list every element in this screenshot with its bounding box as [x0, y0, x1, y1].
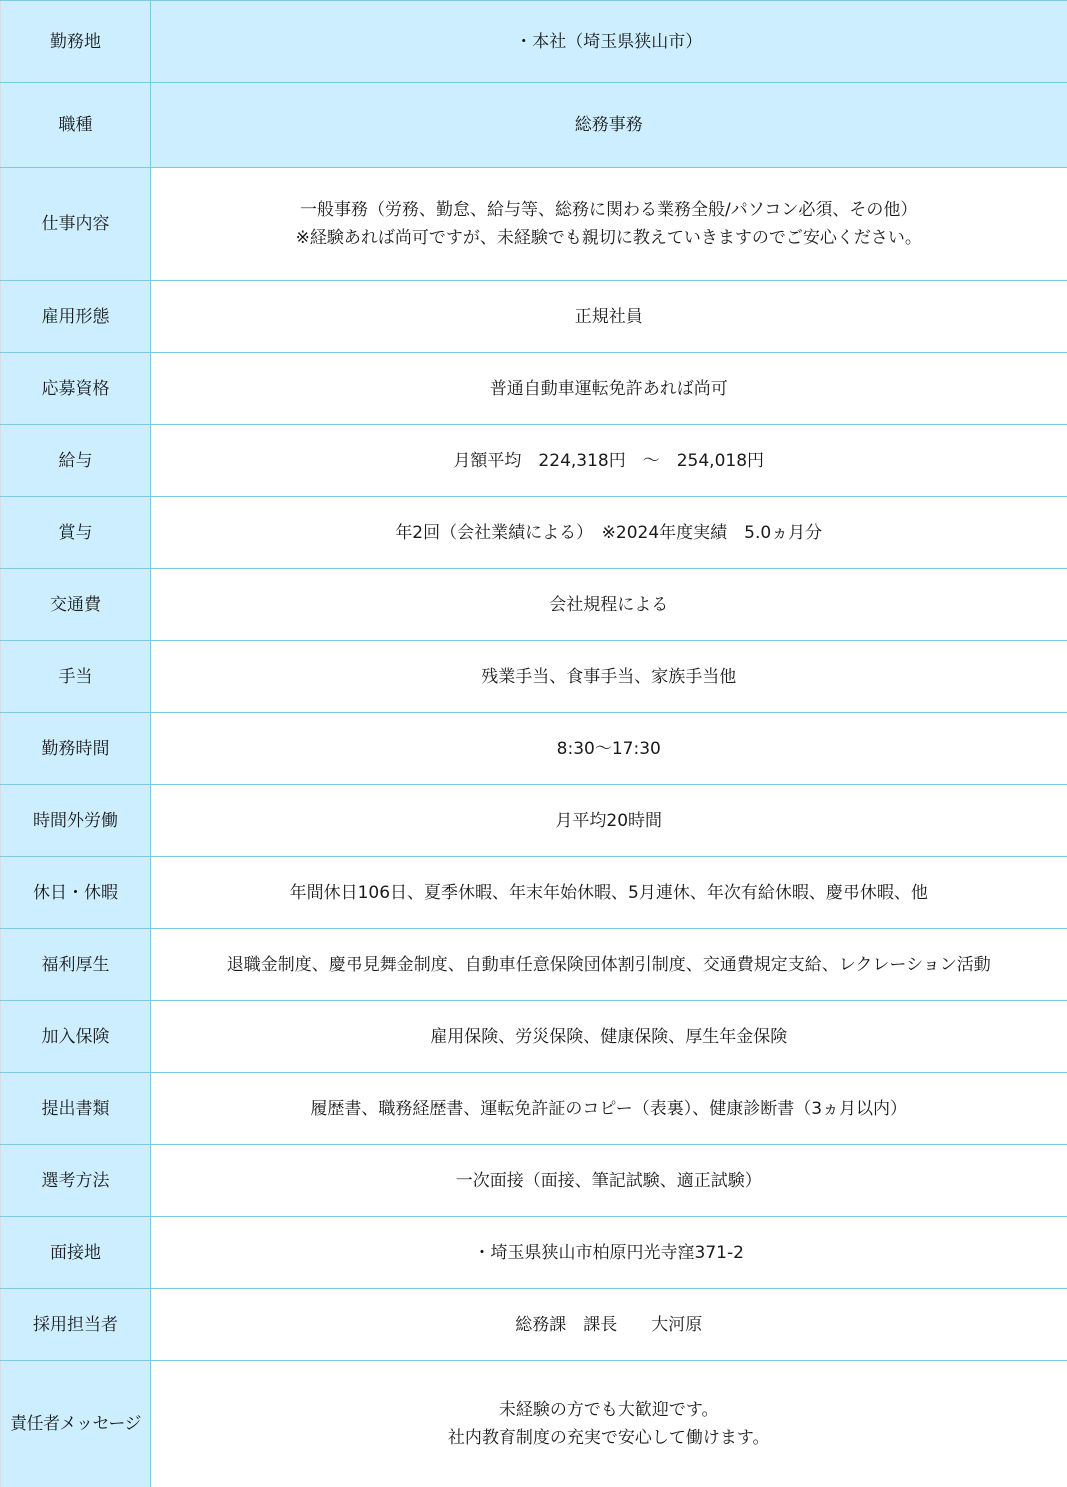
row-label: 面接地: [1, 1217, 151, 1289]
row-label: 時間外労働: [1, 785, 151, 857]
value-line: 会社規程による: [151, 591, 1067, 619]
row-value: 月額平均 224,318円 ～ 254,018円: [151, 425, 1067, 497]
value-line: 年2回（会社業績による） ※2024年度実績 5.0ヵ月分: [151, 519, 1067, 547]
table-row: 雇用形態正規社員: [1, 281, 1067, 353]
row-label: 選考方法: [1, 1145, 151, 1217]
table-row: 福利厚生退職金制度、慶弔見舞金制度、自動車任意保険団体割引制度、交通費規定支給、…: [1, 929, 1067, 1001]
row-value: 退職金制度、慶弔見舞金制度、自動車任意保険団体割引制度、交通費規定支給、レクレー…: [151, 929, 1067, 1001]
table-row: 面接地・埼玉県狭山市柏原円光寺窪371-2: [1, 1217, 1067, 1289]
row-value: 一般事務（労務、勤怠、給与等、総務に関わる業務全般/パソコン必須、その他）※経験…: [151, 168, 1067, 281]
row-label: 採用担当者: [1, 1289, 151, 1361]
table-row: 提出書類履歴書、職務経歴書、運転免許証のコピー（表裏）、健康診断書（3ヵ月以内）: [1, 1073, 1067, 1145]
row-value: 年間休日106日、夏季休暇、年末年始休暇、5月連休、年次有給休暇、慶弔休暇、他: [151, 857, 1067, 929]
value-line: 普通自動車運転免許あれば尚可: [151, 375, 1067, 403]
value-line: 正規社員: [151, 303, 1067, 331]
value-line: 一次面接（面接、筆記試験、適正試験）: [151, 1167, 1067, 1195]
row-label: 休日・休暇: [1, 857, 151, 929]
row-label: 加入保険: [1, 1001, 151, 1073]
value-line: 履歴書、職務経歴書、運転免許証のコピー（表裏）、健康診断書（3ヵ月以内）: [151, 1095, 1067, 1123]
row-value: 総務事務: [151, 83, 1067, 168]
row-label: 責任者メッセージ: [1, 1361, 151, 1487]
row-value: ・本社（埼玉県狭山市）: [151, 1, 1067, 83]
row-label: 提出書類: [1, 1073, 151, 1145]
value-line: ・本社（埼玉県狭山市）: [151, 28, 1067, 56]
row-label: 福利厚生: [1, 929, 151, 1001]
row-label: 雇用形態: [1, 281, 151, 353]
row-value: 残業手当、食事手当、家族手当他: [151, 641, 1067, 713]
row-label: 応募資格: [1, 353, 151, 425]
table-row: 勤務地・本社（埼玉県狭山市）: [1, 1, 1067, 83]
value-line: 8:30～17:30: [151, 735, 1067, 763]
row-label: 交通費: [1, 569, 151, 641]
row-value: 会社規程による: [151, 569, 1067, 641]
row-label: 勤務時間: [1, 713, 151, 785]
row-value: 月平均20時間: [151, 785, 1067, 857]
table-row: 勤務時間8:30～17:30: [1, 713, 1067, 785]
row-value: 雇用保険、労災保険、健康保険、厚生年金保険: [151, 1001, 1067, 1073]
table-row: 採用担当者総務課 課長 大河原: [1, 1289, 1067, 1361]
value-line: 月額平均 224,318円 ～ 254,018円: [151, 447, 1067, 475]
value-line: 退職金制度、慶弔見舞金制度、自動車任意保険団体割引制度、交通費規定支給、レクレー…: [151, 951, 1067, 979]
row-value: 普通自動車運転免許あれば尚可: [151, 353, 1067, 425]
job-listing-table: 勤務地・本社（埼玉県狭山市）職種総務事務仕事内容一般事務（労務、勤怠、給与等、総…: [0, 0, 1067, 1487]
table-row: 賞与年2回（会社業績による） ※2024年度実績 5.0ヵ月分: [1, 497, 1067, 569]
row-label: 給与: [1, 425, 151, 497]
table-row: 仕事内容一般事務（労務、勤怠、給与等、総務に関わる業務全般/パソコン必須、その他…: [1, 168, 1067, 281]
row-value: 8:30～17:30: [151, 713, 1067, 785]
row-value: 未経験の方でも大歓迎です。社内教育制度の充実で安心して働けます。: [151, 1361, 1067, 1487]
value-line: 未経験の方でも大歓迎です。: [151, 1396, 1067, 1424]
table-row: 選考方法一次面接（面接、筆記試験、適正試験）: [1, 1145, 1067, 1217]
table-row: 手当残業手当、食事手当、家族手当他: [1, 641, 1067, 713]
value-line: 総務事務: [151, 111, 1067, 139]
row-label: 勤務地: [1, 1, 151, 83]
value-line: 総務課 課長 大河原: [151, 1311, 1067, 1339]
value-line: ・埼玉県狭山市柏原円光寺窪371-2: [151, 1239, 1067, 1267]
table-row: 時間外労働月平均20時間: [1, 785, 1067, 857]
table-row: 応募資格普通自動車運転免許あれば尚可: [1, 353, 1067, 425]
value-line: ※経験あれば尚可ですが、未経験でも親切に教えていきますのでご安心ください。: [151, 224, 1067, 252]
job-listing-rows: 勤務地・本社（埼玉県狭山市）職種総務事務仕事内容一般事務（労務、勤怠、給与等、総…: [1, 1, 1067, 1487]
row-value: 総務課 課長 大河原: [151, 1289, 1067, 1361]
value-line: 月平均20時間: [151, 807, 1067, 835]
table-row: 責任者メッセージ未経験の方でも大歓迎です。社内教育制度の充実で安心して働けます。: [1, 1361, 1067, 1487]
row-value: ・埼玉県狭山市柏原円光寺窪371-2: [151, 1217, 1067, 1289]
value-line: 年間休日106日、夏季休暇、年末年始休暇、5月連休、年次有給休暇、慶弔休暇、他: [151, 879, 1067, 907]
table-row: 職種総務事務: [1, 83, 1067, 168]
row-label: 賞与: [1, 497, 151, 569]
row-label: 仕事内容: [1, 168, 151, 281]
row-value: 一次面接（面接、筆記試験、適正試験）: [151, 1145, 1067, 1217]
row-label: 手当: [1, 641, 151, 713]
table-row: 休日・休暇年間休日106日、夏季休暇、年末年始休暇、5月連休、年次有給休暇、慶弔…: [1, 857, 1067, 929]
row-value: 年2回（会社業績による） ※2024年度実績 5.0ヵ月分: [151, 497, 1067, 569]
value-line: 残業手当、食事手当、家族手当他: [151, 663, 1067, 691]
table-row: 加入保険雇用保険、労災保険、健康保険、厚生年金保険: [1, 1001, 1067, 1073]
value-line: 一般事務（労務、勤怠、給与等、総務に関わる業務全般/パソコン必須、その他）: [151, 196, 1067, 224]
row-value: 履歴書、職務経歴書、運転免許証のコピー（表裏）、健康診断書（3ヵ月以内）: [151, 1073, 1067, 1145]
value-line: 雇用保険、労災保険、健康保険、厚生年金保険: [151, 1023, 1067, 1051]
table-row: 交通費会社規程による: [1, 569, 1067, 641]
row-value: 正規社員: [151, 281, 1067, 353]
value-line: 社内教育制度の充実で安心して働けます。: [151, 1424, 1067, 1452]
table-row: 給与月額平均 224,318円 ～ 254,018円: [1, 425, 1067, 497]
row-label: 職種: [1, 83, 151, 168]
